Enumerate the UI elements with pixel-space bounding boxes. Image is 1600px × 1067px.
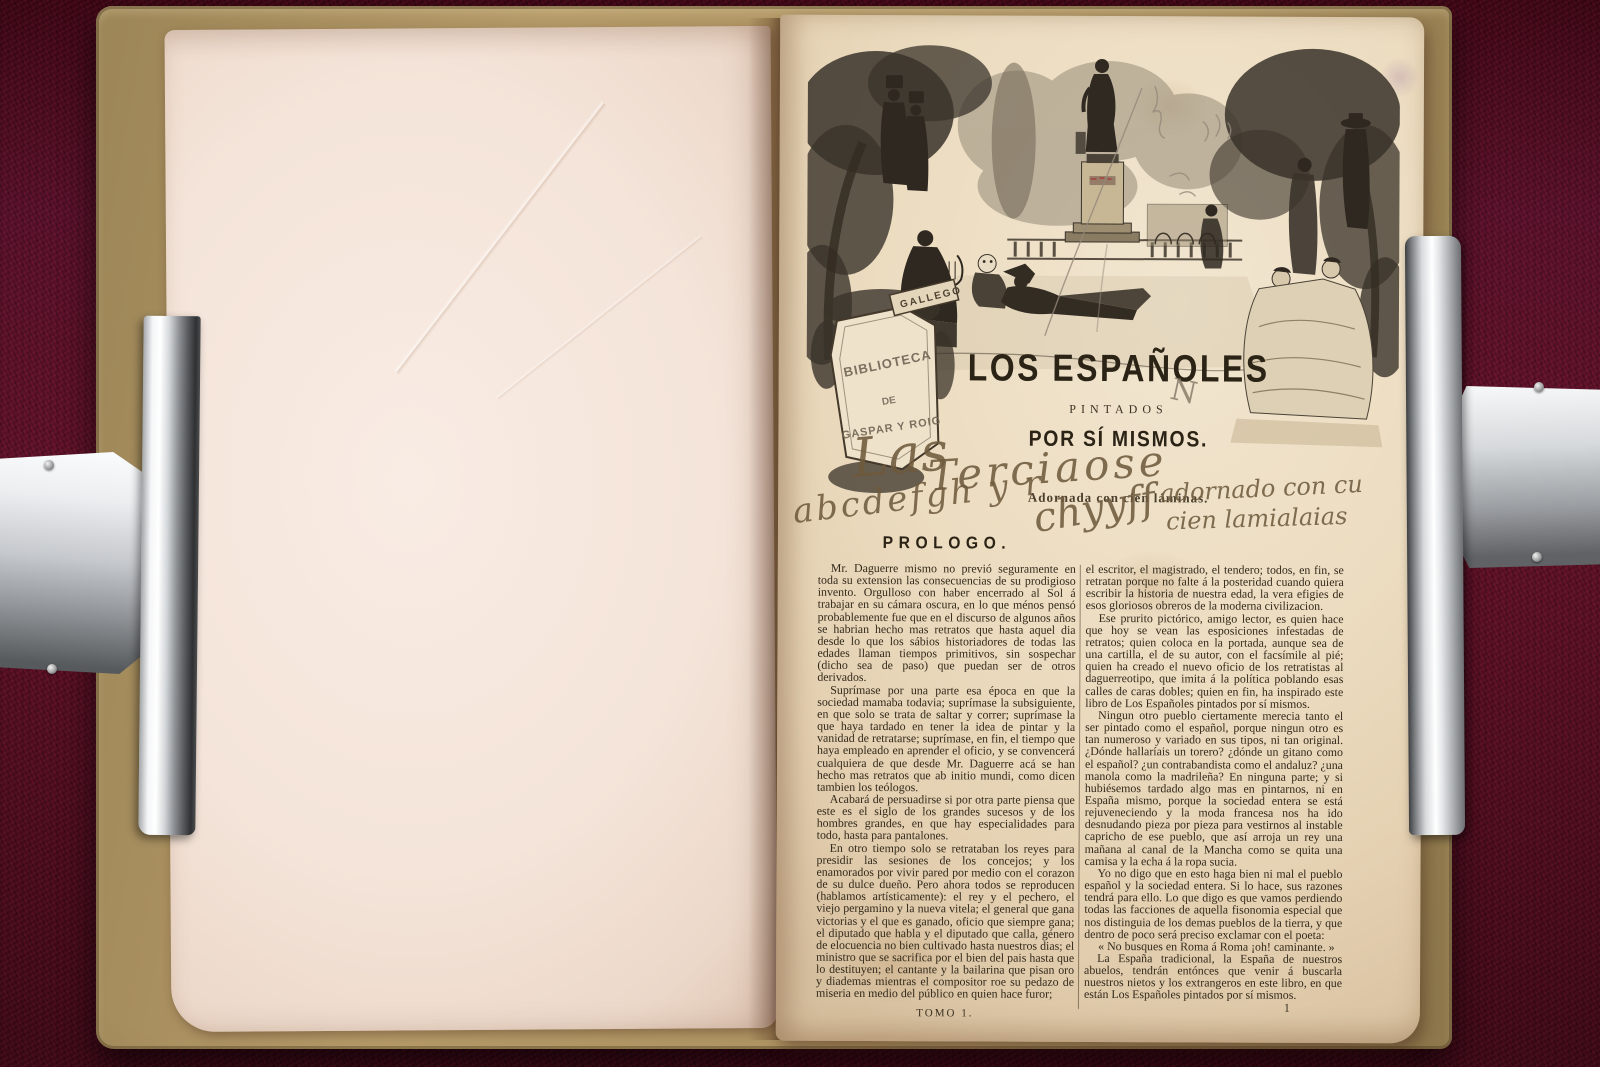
book-clamp-left-bar xyxy=(138,316,200,836)
book-title: LOS ESPAÑOLES xyxy=(892,347,1346,392)
prologue-paragraph: Ese prurito pictórico, amigo lector, es … xyxy=(1085,612,1343,710)
page-crease xyxy=(393,101,607,375)
book-clamp-left-arm xyxy=(0,452,153,674)
clamp-screw xyxy=(47,664,57,674)
edition-note: Adornada con cien láminas. xyxy=(848,489,1388,507)
left-page-blank xyxy=(165,26,778,1032)
prologue-heading: PROLOGO. xyxy=(828,533,1065,554)
prologue-column-left: Mr. Daguerre mismo no previó seguramente… xyxy=(816,562,1076,1001)
book-title-sub2: POR SÍ MISMOS. xyxy=(881,425,1356,453)
prologue-paragraph: Suprímase por una parte esa época en que… xyxy=(817,683,1075,794)
prologue-column-right: el escritor, el magistrado, el tendero; … xyxy=(1084,563,1344,1002)
prologue-paragraph: La España tradicional, la España de nues… xyxy=(1084,952,1342,1002)
prologue-paragraph: Mr. Daguerre mismo no previó seguramente… xyxy=(817,562,1076,685)
book-title-sub1: PINTADOS xyxy=(848,401,1388,418)
prologue-paragraph: Yo no digo que en esto haga bien ni mal … xyxy=(1084,867,1342,941)
prologue-paragraph: Ningun otro pueblo ciertamente merecia t… xyxy=(1085,709,1344,868)
column-divider-rule xyxy=(1078,565,1081,1009)
book-clamp-right-arm xyxy=(1458,386,1600,568)
prologue-paragraph: En otro tiempo solo se retrataban los re… xyxy=(816,841,1075,1000)
clamp-screw xyxy=(1532,552,1542,562)
title-page-engraving: BIBLIOTECA DE GASPAR Y ROIG GALLEGO xyxy=(806,25,1400,530)
volume-label: TOMO 1. xyxy=(816,1007,1074,1020)
clamp-screw xyxy=(44,460,54,470)
page-crease xyxy=(496,234,703,400)
clamp-screw xyxy=(1534,382,1544,392)
prologue-text: Mr. Daguerre mismo no previó seguramente… xyxy=(816,562,1344,1014)
prologue-paragraph: el escritor, el magistrado, el tendero; … xyxy=(1086,563,1344,613)
page-number: 1 xyxy=(1284,1001,1290,1016)
right-page-title: BIBLIOTECA DE GASPAR Y ROIG GALLEGO LOS … xyxy=(776,15,1424,1044)
photo-scene: BIBLIOTECA DE GASPAR Y ROIG GALLEGO LOS … xyxy=(0,0,1600,1067)
prologue-paragraph: Acabará de persuadirse si por otra parte… xyxy=(817,793,1075,843)
book-clamp-right-bar xyxy=(1405,236,1465,835)
